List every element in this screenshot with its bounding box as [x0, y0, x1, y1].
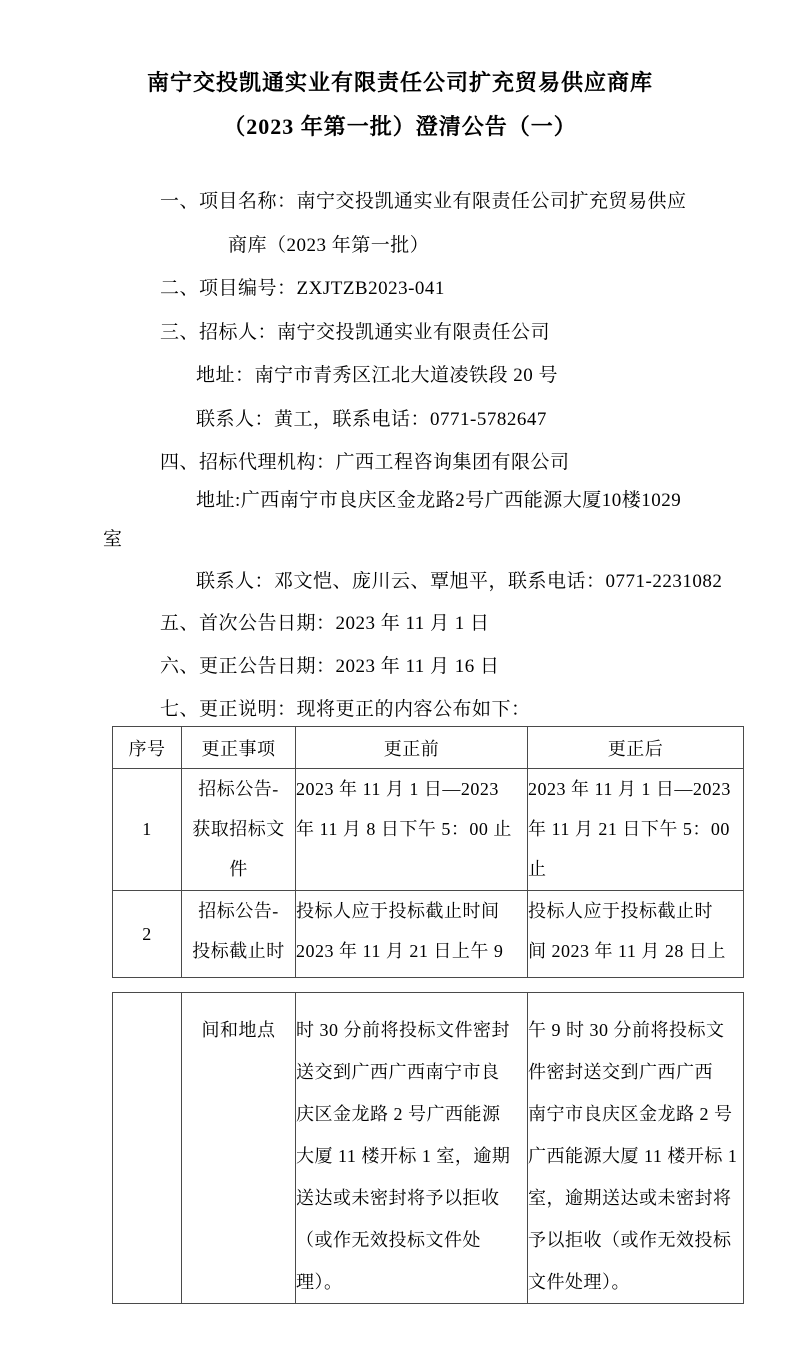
table-row: 2 招标公告- 投标截止时 投标人应于投标截止时间 2023 年 11 月 21…	[113, 891, 744, 978]
correction-table: 序号 更正事项 更正前 更正后 1 招标公告- 获取招标文 件 2023 年 1…	[112, 726, 744, 978]
cell-row2-before: 投标人应于投标截止时间 2023 年 11 月 21 日上午 9	[296, 891, 528, 978]
cell-row1-seq: 1	[113, 769, 182, 891]
cell-row2cont-seq	[113, 993, 182, 1304]
cell-row2cont-item: 间和地点	[182, 993, 296, 1304]
table-row: 1 招标公告- 获取招标文 件 2023 年 11 月 1 日—2023 年 1…	[113, 769, 744, 891]
cell-row1-before: 2023 年 11 月 1 日—2023 年 11 月 8 日下午 5：00 止	[296, 769, 528, 891]
line-project-name-continued: 商库（2023 年第一批）	[228, 230, 429, 257]
line-agency-address-continued: 室	[103, 524, 123, 551]
line-project-number: 二、项目编号：ZXJTZB2023-041	[160, 273, 445, 300]
document-title-line2: （2023 年第一批）澄清公告（一）	[0, 110, 800, 141]
table-row: 间和地点 时 30 分前将投标文件密封 送交到广西广西南宁市良 庆区金龙路 2 …	[113, 993, 744, 1304]
cell-row2-after: 投标人应于投标截止时 间 2023 年 11 月 28 日上	[528, 891, 744, 978]
cell-row2cont-before: 时 30 分前将投标文件密封 送交到广西广西南宁市良 庆区金龙路 2 号广西能源…	[296, 993, 528, 1304]
cell-row2cont-after: 午 9 时 30 分前将投标文 件密封送交到广西广西 南宁市良庆区金龙路 2 号…	[528, 993, 744, 1304]
line-tenderer-contact: 联系人：黄工，联系电话：0771-5782647	[196, 404, 547, 431]
line-agency: 四、招标代理机构：广西工程咨询集团有限公司	[160, 447, 570, 474]
col-header-after: 更正后	[528, 727, 744, 769]
col-header-seq: 序号	[113, 727, 182, 769]
document-title-line1: 南宁交投凯通实业有限责任公司扩充贸易供应商库	[0, 66, 800, 97]
correction-table-header-row: 序号 更正事项 更正前 更正后	[113, 727, 744, 769]
line-agency-address: 地址:广西南宁市良庆区金龙路2号广西能源大厦10楼1029	[196, 485, 681, 512]
cell-row1-after: 2023 年 11 月 1 日—2023 年 11 月 21 日下午 5：00 …	[528, 769, 744, 891]
cell-row1-item: 招标公告- 获取招标文 件	[182, 769, 296, 891]
line-tenderer: 三、招标人：南宁交投凯通实业有限责任公司	[160, 317, 550, 344]
line-agency-contact: 联系人：邓文恺、庞川云、覃旭平，联系电话：0771-2231082	[196, 566, 722, 593]
col-header-item: 更正事项	[182, 727, 296, 769]
correction-table-continued: 间和地点 时 30 分前将投标文件密封 送交到广西广西南宁市良 庆区金龙路 2 …	[112, 992, 744, 1304]
cell-row2-item: 招标公告- 投标截止时	[182, 891, 296, 978]
line-correction-note: 七、更正说明：现将更正的内容公布如下：	[160, 694, 531, 721]
col-header-before: 更正前	[296, 727, 528, 769]
line-tenderer-address: 地址：南宁市青秀区江北大道凌铁段 20 号	[196, 360, 558, 387]
cell-row2-seq: 2	[113, 891, 182, 978]
line-correction-announcement-date: 六、更正公告日期：2023 年 11 月 16 日	[160, 651, 500, 678]
line-project-name: 一、项目名称：南宁交投凯通实业有限责任公司扩充贸易供应	[160, 186, 687, 213]
document-page: 南宁交投凯通实业有限责任公司扩充贸易供应商库 （2023 年第一批）澄清公告（一…	[0, 0, 800, 1365]
line-first-announcement-date: 五、首次公告日期：2023 年 11 月 1 日	[160, 608, 490, 635]
